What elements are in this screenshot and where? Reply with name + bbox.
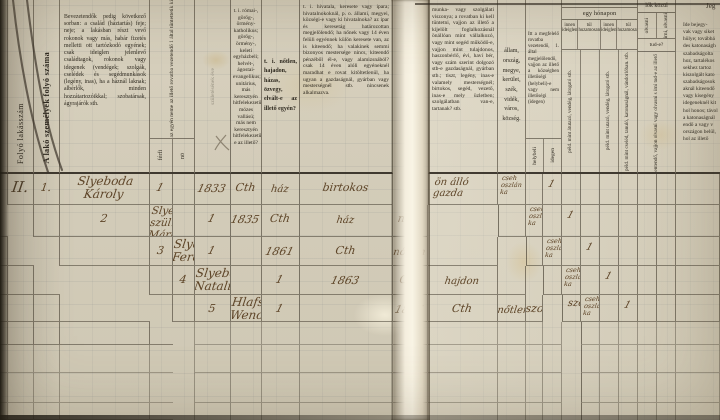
empty-cell — [8, 237, 34, 266]
empty-cell — [8, 373, 34, 403]
apartment-number — [34, 205, 60, 237]
foreign-label: idegen — [550, 148, 556, 163]
occupation — [498, 266, 526, 295]
work-relation: szolga — [562, 295, 581, 322]
local-mark — [581, 266, 600, 295]
month-ex3: péld. mint utazó, vendég, látogató stb. — [606, 71, 612, 150]
empty-cell — [195, 322, 231, 345]
empty-cell — [600, 345, 619, 373]
foreign-mark: 1 — [543, 174, 562, 205]
col-header-work-relation: munka- vagy szolgálati viszonya; a rovat… — [428, 0, 498, 174]
empty-cell — [638, 237, 657, 266]
marital-status: nőtlen — [393, 237, 428, 266]
birth-year: 1833 — [195, 174, 231, 205]
foreign-mark: 1 — [619, 295, 638, 322]
empty-cell — [526, 345, 543, 373]
empty-cell — [657, 345, 676, 373]
col-header-sex: az egyén neme az illető rovatba vezetend… — [150, 0, 195, 174]
write-label: írni, olvasni — [663, 13, 669, 38]
empty-cell — [543, 345, 562, 373]
left-margin-cell — [8, 205, 34, 237]
empty-cell — [262, 373, 300, 403]
empty-cell — [8, 266, 34, 295]
empty-cell — [676, 322, 720, 345]
fold-cell — [393, 174, 428, 205]
right-page-top-border — [415, 3, 720, 5]
col-header-religion: t. i. római-, görög-, örmény- katholikus… — [231, 0, 262, 174]
empty-cell — [676, 295, 720, 322]
empty-cell — [60, 373, 150, 403]
occupation-note: t. i. hivatala, keresete vagy ipara; hiv… — [300, 0, 392, 96]
col-header-birth-year: születésének éve — [195, 0, 231, 174]
empty-cell — [393, 322, 428, 345]
sex-sublabels: férfi nő — [150, 138, 194, 172]
empty-cell — [619, 205, 638, 237]
empty-cell — [600, 322, 619, 345]
month-ex4-cell: péld. mint cseléd, tanuló, katonaságnál,… — [619, 50, 637, 172]
empty-cell — [581, 174, 600, 205]
col-header-apartment-no: Folyó lakásszám — [8, 0, 34, 174]
month-col3-label: innen ideiglen — [601, 20, 617, 49]
foreign-mark: 1 — [562, 205, 581, 237]
work-relation: ön álló gazda — [428, 174, 498, 205]
empty-cell — [262, 322, 300, 345]
literacy-note: az illető rovatba vezetendő „tud“ vagy „… — [653, 54, 659, 174]
left-margin-cell — [34, 237, 60, 266]
month-sublabels: innen ideiglen túl huzamosan innen ideig… — [562, 20, 637, 50]
empty-cell — [657, 205, 676, 237]
female-mark — [173, 174, 195, 205]
empty-cell — [676, 266, 720, 295]
state-note: állam, ország, megye, kerület, szék, vid… — [498, 47, 525, 125]
foreign-mark: 1 — [600, 266, 619, 295]
empty-cell — [638, 345, 657, 373]
literacy-note-wrap: az illető rovatba vezetendő „tud“ vagy „… — [638, 52, 675, 174]
empty-cell — [657, 373, 676, 403]
empty-cell — [393, 373, 428, 403]
male-mark: 1 — [262, 295, 300, 322]
empty-cell — [231, 345, 262, 373]
marital-status: nőtlen — [498, 295, 526, 322]
locality-sublabels: helybeli idegen — [526, 138, 561, 172]
empty-cell — [676, 237, 720, 266]
col-header-belonging-state: állam, ország, megye, kerület, szék, vid… — [498, 0, 526, 174]
apartment-number — [173, 295, 195, 322]
empty-cell — [581, 345, 600, 373]
empty-cell — [657, 174, 676, 205]
empty-cell — [657, 295, 676, 322]
fold-cell — [543, 295, 562, 322]
local-label: helybeli — [532, 147, 538, 165]
empty-cell — [638, 295, 657, 322]
left-margin-cell — [60, 266, 150, 295]
apartment-number — [60, 237, 150, 266]
resident-name: Slyeboda Natalia — [195, 266, 231, 295]
male-mark — [231, 266, 262, 295]
belonging-place: cseh oszlán ka — [562, 266, 581, 295]
empty-cell — [393, 345, 428, 373]
empty-cell — [34, 266, 60, 295]
occupation: birtokos — [300, 174, 393, 205]
notes-text: Ide bejegy- vak vagy siket hülye; tovább… — [683, 22, 720, 143]
write-label-cell: írni, olvasni — [657, 13, 675, 38]
empty-cell — [8, 322, 34, 345]
page-edge-left — [0, 0, 9, 420]
sex-note: az egyén neme az illető rovatba vezetend… — [169, 0, 176, 137]
apartment-number: II. — [8, 174, 34, 205]
page-edge-bottom — [0, 415, 720, 420]
census-table: Folyó lakásszám A lakó személyek folyó s… — [0, 0, 720, 420]
empty-cell — [498, 322, 526, 345]
empty-cell — [562, 174, 581, 205]
birth-year: 1861 — [262, 237, 300, 266]
sex-note-wrap: az egyén neme az illető rovatba vezetend… — [150, 0, 194, 138]
male-label-cell: férfi — [150, 139, 173, 172]
occupation: szolga — [526, 295, 543, 322]
birth-year-col-label: születésének éve — [210, 68, 216, 105]
fold-cell — [498, 237, 526, 266]
empty-cell — [638, 322, 657, 345]
person-number: 2 — [60, 205, 150, 237]
col-header-name-instructions: Bevezetendők pedig következő sorban: a c… — [60, 0, 150, 174]
female-mark: 1 — [262, 266, 300, 295]
month-ex4: péld. mint cseléd, tanuló, katonaságnál,… — [625, 52, 631, 171]
female-mark: 1 — [195, 205, 231, 237]
empty-cell — [34, 295, 60, 322]
empty-cell — [300, 373, 393, 403]
religion: Cth — [428, 295, 498, 322]
empty-cell — [543, 322, 562, 345]
month-col1-label: innen ideiglen — [562, 20, 578, 49]
empty-cell — [676, 345, 720, 373]
empty-cell — [60, 295, 150, 322]
empty-cell — [195, 345, 231, 373]
literacy-sublabels: olvasni írni, olvasni — [638, 13, 675, 39]
empty-cell — [638, 373, 657, 403]
empty-cell — [8, 295, 34, 322]
person-number: 5 — [195, 295, 231, 322]
local-mark — [526, 174, 543, 205]
foreign-mark: 1 — [581, 237, 600, 266]
belonging-place: cseh oszlán ka — [526, 205, 543, 237]
religion-note: t. i. római-, görög-, örmény- katholikus… — [231, 0, 261, 146]
work-note: munka- vagy szolgálati viszonya; a rovat… — [429, 0, 497, 113]
empty-cell — [581, 205, 600, 237]
read-label: olvasni — [644, 18, 650, 33]
empty-cell — [150, 345, 173, 373]
local-mark — [562, 237, 581, 266]
left-margin-cell — [150, 295, 173, 322]
col-header-marital: t. i. nőtlen, hajadon, házas, özvegy, el… — [262, 0, 300, 174]
month-col4-label: túl huzamosan — [617, 20, 638, 49]
religion: Cth — [262, 205, 300, 237]
empty-cell — [34, 345, 60, 373]
month-col2-label: túl huzamosan — [578, 20, 601, 49]
empty-cell — [526, 373, 543, 403]
apartment-number — [150, 266, 173, 295]
resident-name: Slyeboda Ferencz — [173, 237, 195, 266]
entry-instructions: Bevezetendők pedig következő sorban: a c… — [60, 0, 149, 108]
empty-cell — [600, 205, 619, 237]
male-label: férfi — [158, 150, 164, 160]
empty-cell — [60, 322, 150, 345]
resident-name: Slyeboda szül. Mária — [150, 205, 173, 237]
apartment-col-label: Folyó lakásszám — [16, 103, 25, 164]
fold-cell — [562, 345, 581, 373]
col-header-notes: Jeg Ide bejegy- vak vagy siket hülye; to… — [676, 0, 720, 174]
person-number: 4 — [173, 266, 195, 295]
empty-cell — [428, 373, 498, 403]
occupation: neje — [393, 205, 428, 237]
person-number: 1. — [34, 174, 60, 205]
left-margin-cell — [173, 373, 195, 403]
literacy-question: tud-e? — [638, 39, 675, 52]
month-ex2-cell — [581, 50, 600, 172]
empty-cell — [231, 322, 262, 345]
local-label-cell: helybeli — [526, 139, 544, 172]
marital-status: ház — [262, 174, 300, 205]
empty-cell — [150, 322, 173, 345]
empty-cell — [60, 345, 150, 373]
fold-cell — [428, 205, 498, 237]
month-group-label: egy hónapon — [562, 7, 637, 20]
empty-cell — [619, 237, 638, 266]
month-ex1-cell: péld. mint átutazó, vendég, látogató stb… — [562, 50, 581, 172]
religion: Cth — [300, 237, 393, 266]
work-relation — [498, 205, 526, 237]
empty-cell — [498, 373, 526, 403]
marital-note: t. i. nőtlen, hajadon, házas, özvegy, el… — [262, 58, 299, 114]
col-header-literacy: lők közül olvasni írni, olvasni tud-e? a… — [638, 0, 676, 174]
local-mark — [543, 205, 562, 237]
empty-cell — [619, 174, 638, 205]
empty-cell — [676, 373, 720, 403]
empty-cell — [657, 237, 676, 266]
female-label: nő — [180, 153, 186, 159]
birth-year: 1835 — [231, 205, 262, 237]
marital-status: ház — [300, 205, 393, 237]
empty-cell — [600, 237, 619, 266]
local-mark — [600, 295, 619, 322]
empty-cell — [619, 266, 638, 295]
fold-cell — [526, 266, 543, 295]
empty-cell — [676, 174, 720, 205]
empty-cell — [581, 373, 600, 403]
empty-cell — [195, 373, 231, 403]
empty-cell — [262, 345, 300, 373]
fold-cell — [562, 373, 581, 403]
empty-cell — [498, 345, 526, 373]
left-margin-cell — [173, 322, 195, 345]
marital-status: hajdon — [428, 266, 498, 295]
fold-cell — [562, 322, 581, 345]
belonging-place: cseh oszlán ka — [543, 237, 562, 266]
religion: Cth — [231, 174, 262, 205]
male-mark: 1 — [195, 237, 231, 266]
resident-name: Hlafsa Wencke — [231, 295, 262, 322]
religion: Cth — [393, 266, 428, 295]
empty-cell — [428, 322, 498, 345]
empty-cell — [543, 373, 562, 403]
male-mark — [173, 205, 195, 237]
empty-cell — [428, 345, 498, 373]
birth-year: 1856 — [393, 295, 428, 322]
month-ex1: péld. mint átutazó, vendég, látogató stb… — [568, 70, 574, 153]
empty-cell — [619, 345, 638, 373]
col-header-month-group: egy hónapon innen ideiglen túl huzamosan… — [562, 0, 638, 174]
locality-note: Itt a megfelelő rovatba vezetendő, 1. ál… — [526, 0, 561, 138]
birth-year: 1863 — [300, 266, 393, 295]
empty-cell — [657, 322, 676, 345]
month-ex3-cell: péld. mint utazó, vendég, látogató stb. — [600, 50, 619, 172]
male-mark: 1 — [150, 174, 173, 205]
census-sheet-scan: Folyó lakásszám A lakó személyek folyó s… — [0, 0, 720, 420]
empty-cell — [619, 373, 638, 403]
fold-header-cell — [393, 0, 428, 174]
female-label-cell: nő — [173, 139, 195, 172]
empty-cell — [619, 322, 638, 345]
empty-cell — [34, 322, 60, 345]
empty-cell — [526, 322, 543, 345]
occupation — [428, 237, 498, 266]
work-relation — [543, 266, 562, 295]
empty-cell — [600, 174, 619, 205]
empty-cell — [638, 174, 657, 205]
read-label-cell: olvasni — [638, 13, 657, 38]
person-number: 3 — [150, 237, 173, 266]
work-relation — [526, 237, 543, 266]
female-mark — [231, 237, 262, 266]
belonging-place: cseh oszlán ka — [498, 174, 526, 205]
col-header-locality: Itt a megfelelő rovatba vezetendő, 1. ál… — [526, 0, 562, 174]
foreign-label-cell: idegen — [544, 139, 561, 172]
empty-cell — [600, 373, 619, 403]
empty-cell — [231, 373, 262, 403]
empty-cell — [676, 205, 720, 237]
belonging-place: cseh oszlán ka — [581, 295, 600, 322]
empty-cell — [638, 205, 657, 237]
empty-cell — [34, 373, 60, 403]
empty-cell — [150, 373, 173, 403]
empty-cell — [300, 345, 393, 373]
empty-cell — [300, 322, 393, 345]
col-header-occupation: t. i. hivatala, keresete vagy ipara; hiv… — [300, 0, 393, 174]
female-mark — [300, 295, 393, 322]
person-col-label: A lakó személyek folyó száma — [42, 52, 51, 164]
left-margin-cell — [173, 345, 195, 373]
empty-cell — [638, 266, 657, 295]
col-header-person-no: A lakó személyek folyó száma — [34, 0, 60, 174]
empty-cell — [581, 322, 600, 345]
empty-cell — [8, 345, 34, 373]
resident-name: Slyeboda Károly — [60, 174, 150, 205]
month-examples: péld. mint átutazó, vendég, látogató stb… — [562, 50, 637, 172]
empty-cell — [657, 266, 676, 295]
